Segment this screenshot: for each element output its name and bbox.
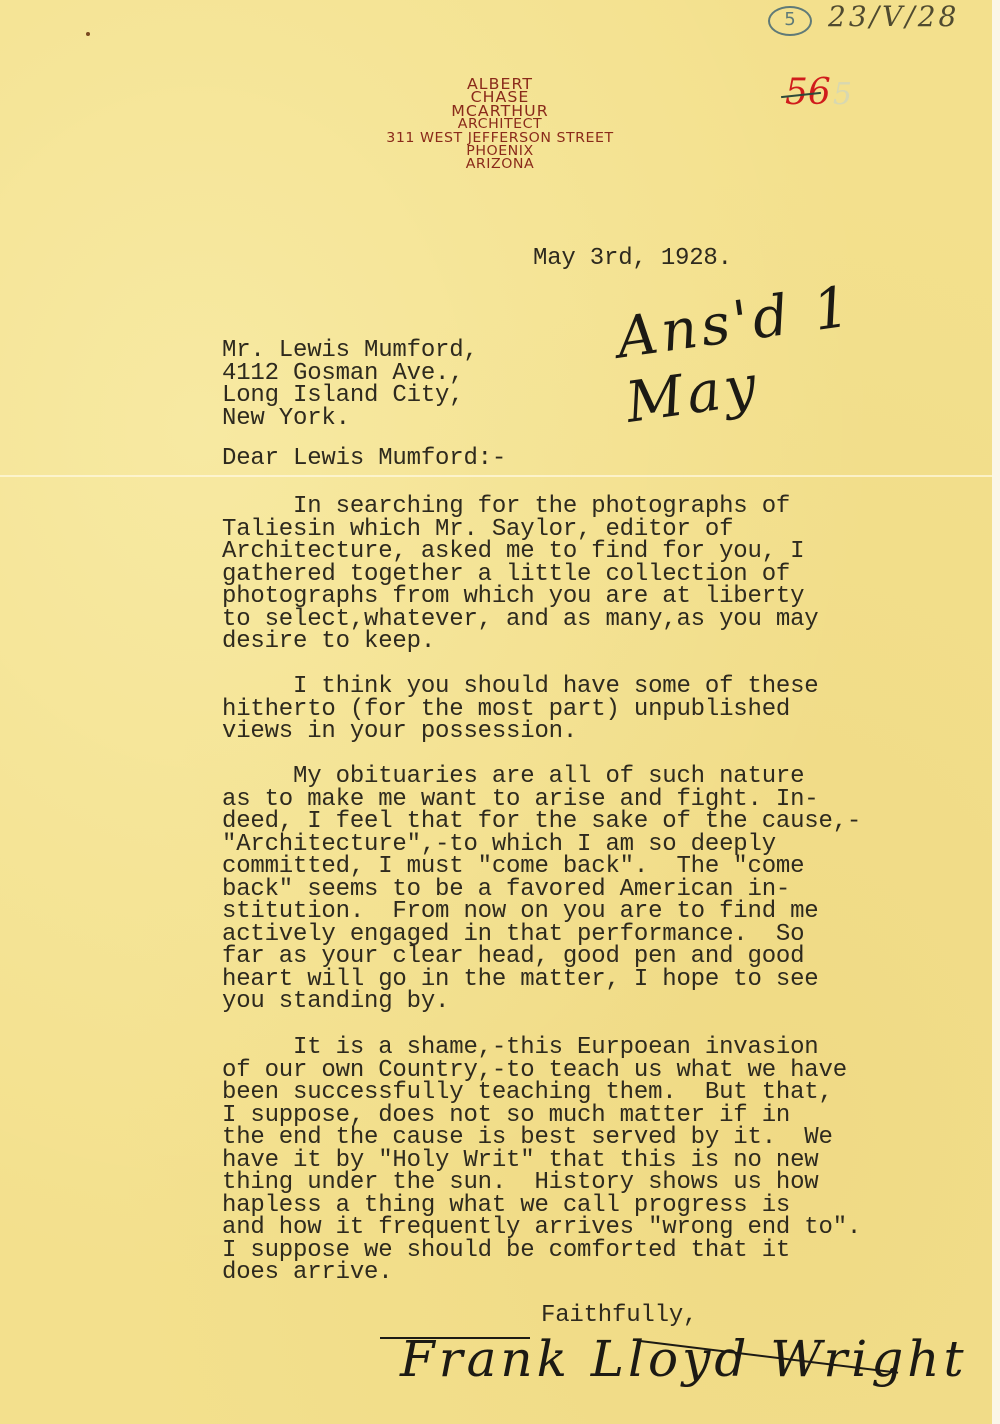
ink-speck <box>86 32 90 36</box>
signature-dot <box>890 1368 895 1373</box>
paragraph-3: My obituaries are all of such natureas t… <box>222 766 861 1014</box>
recipient-address: Mr. Lewis Mumford,4112 Gosman Ave.,Long … <box>222 340 478 430</box>
letterhead: Albert Chase McArthur Architect 311 West… <box>370 78 630 172</box>
archive-date-annotation: 23/V/28 <box>828 0 959 33</box>
letter-date: May 3rd, 1928. <box>533 248 732 271</box>
text-line: views in your possession. <box>222 721 819 744</box>
signature: Frank Lloyd Wright <box>400 1330 968 1388</box>
text-line: does arrive. <box>222 1262 861 1285</box>
page-edge <box>992 0 1000 1424</box>
paragraph-2: I think you should have some of thesehit… <box>222 676 819 744</box>
page-number-struck: 5 <box>785 72 808 113</box>
closing: Faithfully, <box>541 1305 697 1328</box>
paragraph-4: It is a shame,-this Eurpoean invasionof … <box>222 1037 861 1285</box>
address-line: New York. <box>222 408 478 431</box>
page-number-annotation: 565 <box>785 72 852 113</box>
text-line: desire to keep. <box>222 631 819 654</box>
paragraph-1: In searching for the photographs ofTalie… <box>222 496 819 654</box>
circled-number-annotation: 5 <box>768 6 812 36</box>
text-line: you standing by. <box>222 991 861 1014</box>
fold-crease <box>0 475 992 477</box>
salutation: Dear Lewis Mumford:- <box>222 448 506 471</box>
page-number-faint: 5 <box>833 77 852 112</box>
letterhead-line: Arizona <box>364 158 637 171</box>
